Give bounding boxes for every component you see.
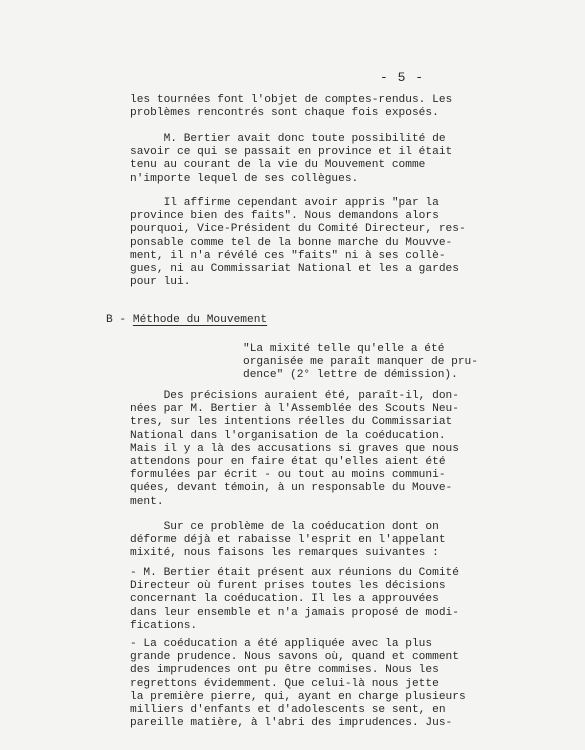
- paragraph: Il affirme cependant avoir appris "par l…: [130, 197, 475, 289]
- page-number: - 5 -: [380, 70, 424, 85]
- document-page: - 5 - les tournées font l'objet de compt…: [0, 0, 585, 750]
- epigraph-quote: "La mixité telle qu'elle a été organisée…: [243, 343, 478, 382]
- paragraph: Sur ce problème de la coéducation dont o…: [130, 521, 475, 561]
- section-prefix: B -: [106, 314, 133, 326]
- paragraph: - La coéducation a été appliquée avec la…: [130, 638, 475, 730]
- section-title: Méthode du Mouvement: [133, 314, 267, 326]
- section-heading: B - Méthode du Mouvement: [106, 314, 267, 326]
- paragraph: M. Bertier avait donc toute possibilité …: [130, 133, 475, 186]
- paragraph: - M. Bertier était présent aux réunions …: [130, 567, 475, 633]
- paragraph: Des précisions auraient été, paraît-il, …: [130, 390, 475, 509]
- paragraph: les tournées font l'objet de comptes-ren…: [130, 94, 475, 120]
